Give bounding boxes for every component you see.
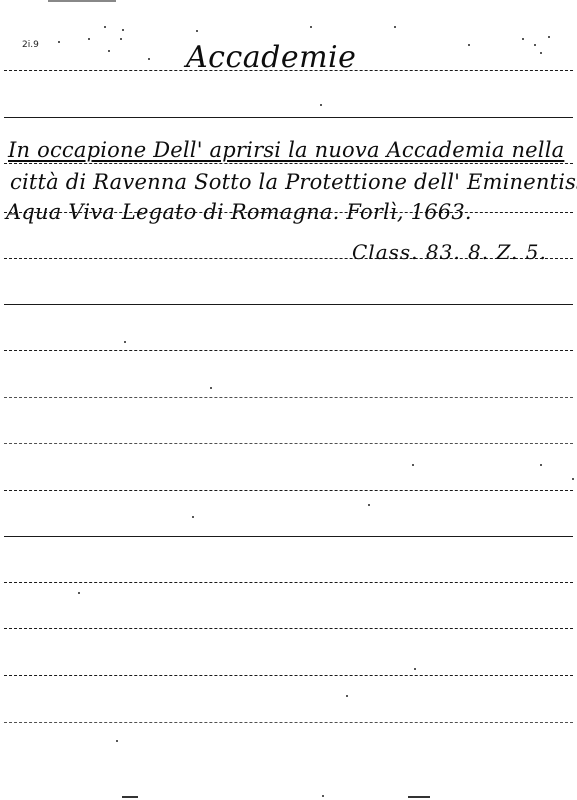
corner-note: 2i.9 <box>22 40 39 50</box>
ink-speck <box>322 795 324 797</box>
ink-speck <box>196 30 198 32</box>
ruled-line <box>4 490 573 491</box>
shelf-classmark: Class. 83. 8. Z. 5. <box>352 240 547 264</box>
ink-speck <box>346 695 348 697</box>
ink-speck <box>148 58 150 60</box>
ink-speck <box>120 38 122 40</box>
ink-speck <box>78 592 80 594</box>
ink-speck <box>540 52 542 54</box>
ink-speck <box>540 464 542 466</box>
ink-speck <box>58 41 60 43</box>
ink-speck <box>116 740 118 742</box>
ruled-line <box>4 397 573 398</box>
ink-speck <box>412 464 414 466</box>
ink-speck <box>368 504 370 506</box>
ruled-line <box>4 582 573 583</box>
ink-speck <box>108 50 110 52</box>
bottom-edge-mark <box>122 796 138 798</box>
ink-speck <box>88 38 90 40</box>
ruled-line <box>4 117 573 118</box>
entry-line-3: Aqua Viva Legato di Romagna. Forlì, 1663… <box>6 200 472 224</box>
ruled-line <box>4 675 573 676</box>
ruled-line <box>4 536 573 537</box>
ink-speck <box>124 341 126 343</box>
bottom-edge-mark <box>408 796 430 798</box>
ink-speck <box>548 36 550 38</box>
ruled-line <box>4 628 573 629</box>
ink-speck <box>414 668 416 670</box>
top-edge-mark <box>48 0 116 2</box>
ink-speck <box>310 26 312 28</box>
ink-speck <box>522 38 524 40</box>
ruled-line <box>4 163 573 164</box>
entry-line-1: In occapione Dell' aprirsi la nuova Acca… <box>8 138 564 162</box>
ruled-line <box>4 304 573 305</box>
ink-speck <box>320 104 322 106</box>
catalog-card: 2i.9 Accademie In occapione Dell' aprirs… <box>0 0 577 800</box>
ink-speck <box>394 26 396 28</box>
ruled-line <box>4 350 573 351</box>
ink-speck <box>192 516 194 518</box>
ruled-line <box>4 70 573 71</box>
ink-speck <box>572 478 574 480</box>
ink-speck <box>104 26 106 28</box>
ink-speck <box>210 387 212 389</box>
entry-line-2: città di Ravenna Sotto la Protettione de… <box>10 170 577 194</box>
ruled-line <box>4 443 573 444</box>
ink-speck <box>122 29 124 31</box>
ink-speck <box>468 44 470 46</box>
ruled-line <box>4 722 573 723</box>
ink-speck <box>534 44 536 46</box>
